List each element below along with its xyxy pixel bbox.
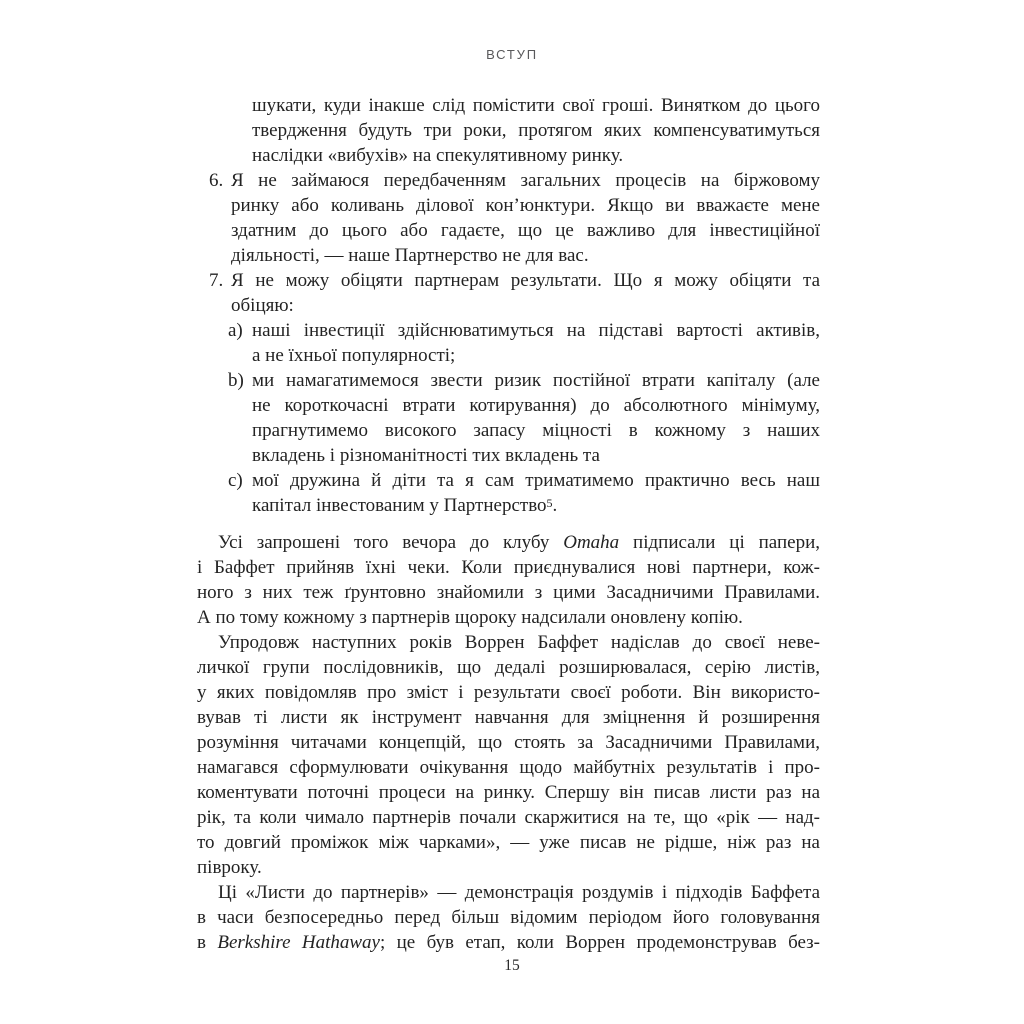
text-segment: наслідки «вибухів» на спекулятивному рин… xyxy=(252,145,623,166)
text-segment: ринку або коливань ділової кон’юнктури. … xyxy=(231,195,820,216)
text-line: наслідки «вибухів» на спекулятивному рин… xyxy=(252,143,820,168)
text-segment: діяльності, — наше Партнерство не для ва… xyxy=(231,245,589,266)
italic-text: Berkshire Hathaway xyxy=(217,932,380,953)
text-line: мої дружина й діти та я сам триматимемо … xyxy=(252,468,820,493)
text-line: Я не займаюся передбаченням загальних пр… xyxy=(231,168,820,193)
text-segment: півроку. xyxy=(197,857,262,878)
text-segment: обіцяю: xyxy=(231,295,294,316)
running-head: ВСТУП xyxy=(0,47,1024,62)
text-line: ного з них теж ґрунтовно знайомили з цим… xyxy=(197,580,820,605)
sub-item: b)ми намагатимемося звести ризик постійн… xyxy=(197,368,820,468)
text-line: капітал інвестованим у Партнерство5. xyxy=(252,493,820,518)
text-line: обіцяю: xyxy=(231,293,820,318)
text-line: в часи безпосередньо перед більш відомим… xyxy=(197,905,820,930)
list-marker: 6. xyxy=(209,168,223,193)
text-line: рік, та коли чимало партнерів почали ска… xyxy=(197,805,820,830)
text-line: розуміння читачами концепцій, що стоять … xyxy=(197,730,820,755)
text-segment: вував ті листи як інструмент навчання дл… xyxy=(197,707,820,728)
text-segment: твердження будуть три роки, протягом яки… xyxy=(252,120,820,141)
paragraph: Усі запрошені того вечора до клубу Omaha… xyxy=(197,530,820,630)
text-segment: коментувати поточні процеси на ринку. Сп… xyxy=(197,782,820,803)
text-line: прагнутимемо високого запасу міцності в … xyxy=(252,418,820,443)
text-line: то довгий проміжок між чарками», — уже п… xyxy=(197,830,820,855)
sub-item: c)мої дружина й діти та я сам триматимем… xyxy=(197,468,820,518)
text-segment: а не їхньої популярності; xyxy=(252,345,455,366)
numbered-item: 7.Я не можу обіцяти партнерам результати… xyxy=(197,268,820,318)
text-segment: то довгий проміжок між чарками», — уже п… xyxy=(197,832,820,853)
text-line: здатним до цього або гадаєте, що це важл… xyxy=(231,218,820,243)
text-segment: наші інвестиції здійснюватимуться на під… xyxy=(252,320,820,341)
text-segment: личкої групи послідовників, що дедалі ро… xyxy=(197,657,820,678)
text-segment: і Баффет прийняв їхні чеки. Коли приєдну… xyxy=(197,557,820,578)
list-marker: b) xyxy=(228,368,244,393)
text-segment: шукати, куди інакше слід помістити свої … xyxy=(252,95,820,116)
text-segment: рік, та коли чимало партнерів почали ска… xyxy=(197,807,820,828)
text-segment: намагався сформулювати очікування щодо м… xyxy=(197,757,820,778)
list-marker: 7. xyxy=(209,268,223,293)
text-segment: капітал інвестованим у Партнерство xyxy=(252,495,547,516)
text-line: у яких повідомляв про зміст і результати… xyxy=(197,680,820,705)
paragraph: Ці «Листи до партнерів» — демонстрація р… xyxy=(197,880,820,955)
text-segment: в часи безпосередньо перед більш відомим… xyxy=(197,907,820,928)
text-segment: не короткочасні втрати котирування) до а… xyxy=(252,395,820,416)
page-number: 15 xyxy=(0,957,1024,975)
text-segment: у яких повідомляв про зміст і результати… xyxy=(197,682,820,703)
text-line: намагався сформулювати очікування щодо м… xyxy=(197,755,820,780)
text-segment: мої дружина й діти та я сам триматимемо … xyxy=(252,470,820,491)
text-line: Упродовж наступних років Воррен Баффет н… xyxy=(197,630,820,655)
text-line: діяльності, — наше Партнерство не для ва… xyxy=(231,243,820,268)
numbered-item: 6.Я не займаюся передбаченням загальних … xyxy=(197,168,820,268)
text-segment: Усі запрошені того вечора до клубу xyxy=(218,532,563,553)
italic-text: Omaha xyxy=(563,532,619,553)
text-segment: Я не можу обіцяти партнерам результати. … xyxy=(231,270,820,291)
text-segment: підписали ці папери, xyxy=(619,532,820,553)
text-line: шукати, куди інакше слід помістити свої … xyxy=(252,93,820,118)
list-continuation: шукати, куди інакше слід помістити свої … xyxy=(197,93,820,168)
text-line: вував ті листи як інструмент навчання дл… xyxy=(197,705,820,730)
text-line: не короткочасні втрати котирування) до а… xyxy=(252,393,820,418)
text-segment: Упродовж наступних років Воррен Баффет н… xyxy=(218,632,820,653)
text-line: Ці «Листи до партнерів» — демонстрація р… xyxy=(197,880,820,905)
text-line: наші інвестиції здійснюватимуться на під… xyxy=(252,318,820,343)
text-segment: . xyxy=(553,495,558,516)
text-line: ми намагатимемося звести ризик постійної… xyxy=(252,368,820,393)
text-line: ринку або коливань ділової кон’юнктури. … xyxy=(231,193,820,218)
text-segment: розуміння читачами концепцій, що стоять … xyxy=(197,732,820,753)
text-line: а не їхньої популярності; xyxy=(252,343,820,368)
text-segment: здатним до цього або гадаєте, що це важл… xyxy=(231,220,820,241)
sub-item: a)наші інвестиції здійснюватимуться на п… xyxy=(197,318,820,368)
text-line: в Berkshire Hathaway; це був етап, коли … xyxy=(197,930,820,955)
text-segment: прагнутимемо високого запасу міцності в … xyxy=(252,420,820,441)
text-line: Я не можу обіцяти партнерам результати. … xyxy=(231,268,820,293)
text-segment: Я не займаюся передбаченням загальних пр… xyxy=(231,170,820,191)
text-segment: в xyxy=(197,932,217,953)
text-segment: ного з них теж ґрунтовно знайомили з цим… xyxy=(197,582,820,603)
text-line: А по тому кожному з партнерів щороку над… xyxy=(197,605,820,630)
text-segment: вкладень і різноманітності тих вкладень … xyxy=(252,445,600,466)
paragraph: Упродовж наступних років Воррен Баффет н… xyxy=(197,630,820,880)
text-segment: ми намагатимемося звести ризик постійної… xyxy=(252,370,820,391)
text-line: і Баффет прийняв їхні чеки. Коли приєдну… xyxy=(197,555,820,580)
text-segment: ; це був етап, коли Воррен продемонструв… xyxy=(380,932,820,953)
text-line: Усі запрошені того вечора до клубу Omaha… xyxy=(197,530,820,555)
text-line: коментувати поточні процеси на ринку. Сп… xyxy=(197,780,820,805)
text-segment: А по тому кожному з партнерів щороку над… xyxy=(197,607,743,628)
list-marker: c) xyxy=(228,468,243,493)
page-body: шукати, куди інакше слід помістити свої … xyxy=(197,93,820,955)
list-marker: a) xyxy=(228,318,243,343)
text-line: вкладень і різноманітності тих вкладень … xyxy=(252,443,820,468)
text-line: півроку. xyxy=(197,855,820,880)
text-line: твердження будуть три роки, протягом яки… xyxy=(252,118,820,143)
text-line: личкої групи послідовників, що дедалі ро… xyxy=(197,655,820,680)
book-page: ВСТУП шукати, куди інакше слід помістити… xyxy=(0,0,1024,1024)
text-segment: Ці «Листи до партнерів» — демонстрація р… xyxy=(218,882,820,903)
